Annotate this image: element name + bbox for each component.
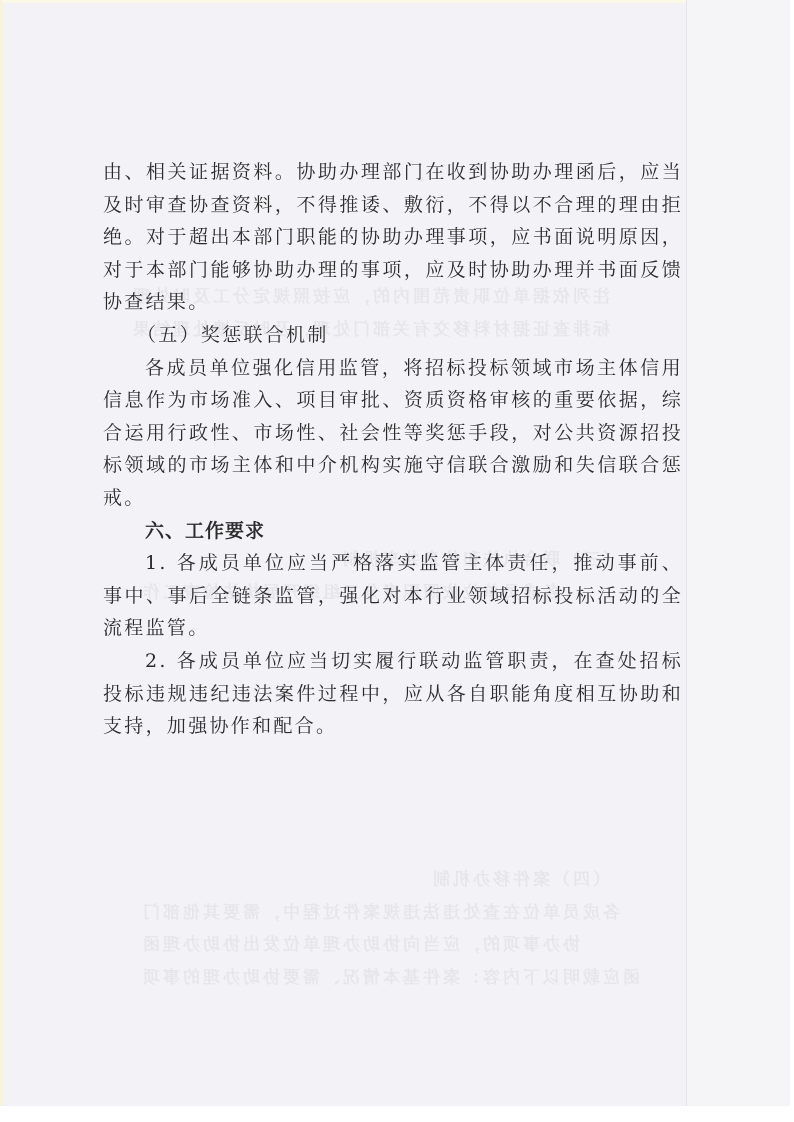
bleed-through-line: 各成员单位在查处违法违规案件过程中，需要其他部门 [140, 898, 620, 923]
bleed-through-line: 协办事项的，应当向协助办理单位发出协助办理函 [140, 930, 580, 955]
bleed-through-line: 函应载明以下内容：案件基本情况、需要协助办理的事项 [140, 963, 640, 988]
document-body: 由、相关证据资料。协助办理部门在收到协助办理函后，应当及时审查协查资料，不得推诿… [103, 156, 683, 743]
paragraph-requirement-1: 1. 各成员单位应当严格落实监管主体责任，推动事前、事中、事后全链条监管，强化对… [103, 547, 683, 645]
paragraph-requirement-2: 2. 各成员单位应当切实履行联动监管职责，在查处招标投标违规违纪违法案件过程中，… [103, 645, 683, 743]
subheading-reward-punishment-mechanism: （五）奖惩联合机制 [103, 319, 683, 352]
page-right-margin [687, 0, 790, 1106]
bleed-through-line: （四）案件移办机制 [430, 865, 610, 890]
scan-fold-line [686, 0, 687, 1106]
section-heading-work-requirements: 六、工作要求 [103, 515, 683, 548]
paragraph-credit-supervision: 各成员单位强化信用监管，将招标投标领域市场主体信用信息作为市场准入、项目审批、资… [103, 352, 683, 515]
paragraph-continuation: 由、相关证据资料。协助办理部门在收到协助办理函后，应当及时审查协查资料，不得推诿… [103, 156, 683, 319]
